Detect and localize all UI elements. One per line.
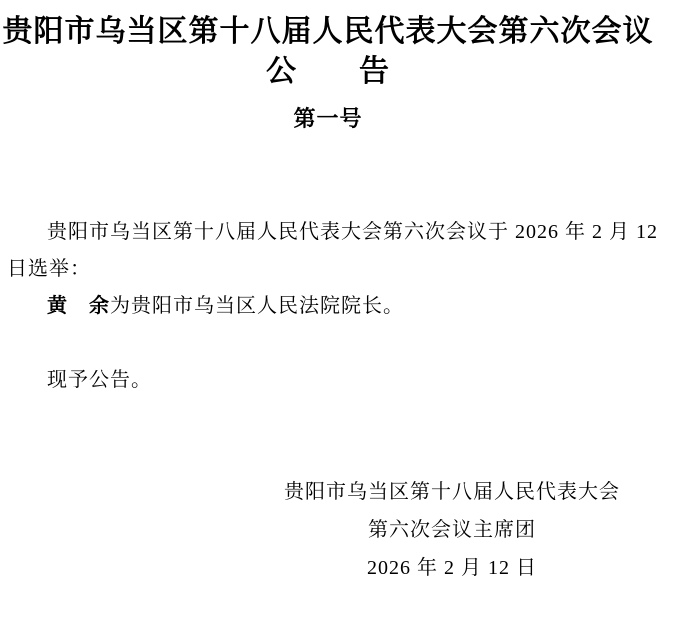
announcement-document: 贵阳市乌当区第十八届人民代表大会第六次会议 公 告 第一号 贵阳市乌当区第十八届… bbox=[0, 0, 686, 637]
opening-paragraph: 贵阳市乌当区第十八届人民代表大会第六次会议于 2026 年 2 月 12 日选举… bbox=[7, 214, 675, 288]
appointee-name: 黄 余 bbox=[47, 295, 110, 317]
appointment-line: 黄 余为贵阳市乌当区人民法院院长。 bbox=[7, 288, 675, 325]
document-title-line2: 公 告 bbox=[0, 52, 656, 92]
appointment-text: 为贵阳市乌当区人民法院院长。 bbox=[110, 295, 404, 317]
document-title: 贵阳市乌当区第十八届人民代表大会第六次会议 公 告 bbox=[0, 12, 656, 92]
signature-org-line1: 贵阳市乌当区第十八届人民代表大会 bbox=[276, 473, 628, 511]
signature-date: 2026 年 2 月 12 日 bbox=[276, 549, 628, 587]
closing-line: 现予公告。 bbox=[7, 362, 675, 399]
signature-org-line2: 第六次会议主席团 bbox=[276, 511, 628, 549]
issue-number: 第一号 bbox=[0, 104, 656, 134]
document-title-line1: 贵阳市乌当区第十八届人民代表大会第六次会议 bbox=[0, 12, 656, 52]
signature-block: 贵阳市乌当区第十八届人民代表大会 第六次会议主席团 2026 年 2 月 12 … bbox=[276, 473, 628, 587]
